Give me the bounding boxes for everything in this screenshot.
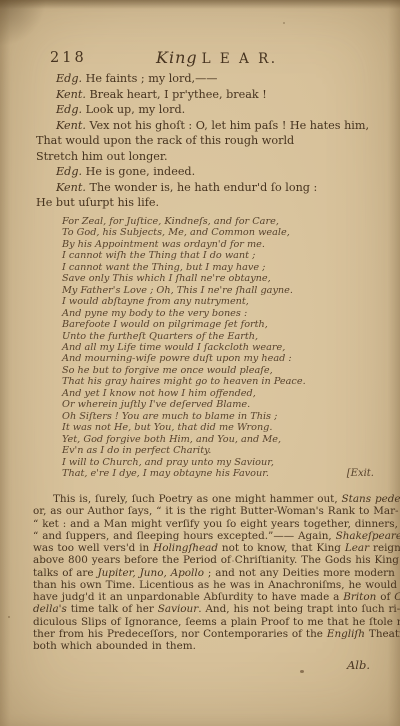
speaker-name: Kent. bbox=[56, 119, 86, 132]
speaker-name: Edg. bbox=[56, 103, 82, 116]
commentary-line: talks of are Jupiter, Juno, Apollo ; and… bbox=[33, 567, 375, 579]
dialogue-line: Kent. The wonder is, he hath endur'd ſo … bbox=[36, 180, 378, 196]
verse-quote-block: For Zeal, for Juſtice, Kindneſs, and for… bbox=[62, 216, 374, 479]
dialogue-line: Kent. Break heart, I pr'ythee, break ! bbox=[36, 87, 378, 103]
verse-line: Save only This which I ſhall ne're obtay… bbox=[62, 273, 374, 284]
commentary-line: have judg'd it an unpardonable Abſurdity… bbox=[33, 591, 375, 603]
italic-phrase: Stans pede in uno bbox=[342, 493, 400, 505]
italic-phrase: Jupiter, Juno, Apollo bbox=[97, 567, 204, 579]
paper-speck bbox=[232, 560, 234, 562]
italic-phrase: Briton bbox=[343, 591, 376, 603]
verse-line: And all my Life time would I ſackcloth w… bbox=[62, 342, 374, 353]
verse-line: My Father's Love ; Oh, This I ne're ſhal… bbox=[62, 285, 374, 296]
paper-speck bbox=[8, 616, 10, 618]
commentary-line: This is, ſurely, ſuch Poetry as one migh… bbox=[33, 493, 375, 505]
italic-phrase: Engliſh bbox=[327, 628, 365, 640]
stage-direction-exit: [Exit. bbox=[347, 468, 374, 479]
verse-line: I would abſtayne from any nutryment, bbox=[62, 296, 374, 307]
verse-line: Yet, God forgive both Him, and You, and … bbox=[62, 434, 374, 445]
dialogue-line: That would upon the rack of this rough w… bbox=[36, 133, 378, 149]
verse-line: Unto the furtheſt Quarters of the Earth, bbox=[62, 331, 374, 342]
verse-line: I cannot wiſh the Thing that I do want ; bbox=[62, 250, 374, 261]
verse-line: Barefoote I would on pilgrimage ſet fort… bbox=[62, 319, 374, 330]
verse-line: To God, his Subjects, Me, and Common wea… bbox=[62, 227, 374, 238]
speaker-name: Edg. bbox=[56, 72, 82, 85]
italic-phrase: della's bbox=[33, 603, 67, 615]
running-title-italic: King bbox=[156, 48, 198, 67]
speaker-name: Kent. bbox=[56, 181, 86, 194]
catchword: Alb. bbox=[347, 658, 370, 672]
page-number: 218 bbox=[50, 50, 87, 66]
verse-line: For Zeal, for Juſtice, Kindneſs, and for… bbox=[62, 216, 374, 227]
italic-phrase: Holingſhead bbox=[153, 542, 218, 554]
verse-line: It was not He, but You, that did me Wron… bbox=[62, 422, 374, 433]
verse-line: I cannot want the Thing, but I may have … bbox=[62, 262, 374, 273]
italic-phrase: Shakeſpeare bbox=[336, 530, 400, 542]
italic-phrase: Lear bbox=[345, 542, 369, 554]
verse-line: Oh Siſters ! You are much to blame in Th… bbox=[62, 411, 374, 422]
italic-phrase: Saviour bbox=[158, 603, 198, 615]
commentary-line: “ ket : and a Man might verſify you ſo e… bbox=[33, 518, 375, 530]
verse-line: And mourning-wiſe powre duſt upon my hea… bbox=[62, 353, 374, 364]
dialogue-line: He but uſurpt his life. bbox=[36, 195, 378, 211]
speaker-name: Kent. bbox=[56, 88, 86, 101]
verse-line: Or wherein juſtly I've deſerved Blame. bbox=[62, 399, 374, 410]
commentary-line: or, as our Author ſays, “ it is the righ… bbox=[33, 505, 375, 517]
commentary-line: above 800 years before the Period of Chr… bbox=[33, 554, 375, 566]
dialogue-block: Edg. He faints ; my lord,——Kent. Break h… bbox=[36, 71, 378, 211]
verse-line: So he but to forgive me once would pleaſ… bbox=[62, 365, 374, 376]
verse-line: I will to Church, and pray unto my Savio… bbox=[62, 457, 374, 468]
verse-line: That, e're I dye, I may obtayne his Favo… bbox=[62, 468, 374, 479]
commentary-line: both which abounded in them. bbox=[33, 640, 375, 652]
commentary-line: della's time talk of her Saviour. And, h… bbox=[33, 603, 375, 615]
dialogue-line: Edg. He faints ; my lord,—— bbox=[36, 71, 378, 87]
dialogue-line: Edg. Look up, my lord. bbox=[36, 102, 378, 118]
paper-speck bbox=[283, 22, 285, 24]
dialogue-line: Stretch him out longer. bbox=[36, 149, 378, 165]
italic-phrase: Cor- bbox=[394, 591, 400, 603]
commentary-line: was too well vers'd in Holingſhead not t… bbox=[33, 542, 375, 554]
verse-line: Ev'n as I do in perfect Charity. bbox=[62, 445, 374, 456]
commentary-line: “ and ſuppers, and ſleeping hours except… bbox=[33, 530, 375, 542]
running-title: KingL E A R. bbox=[156, 48, 278, 67]
dialogue-line: Kent. Vex not his ghoſt : O, let him paſ… bbox=[36, 118, 378, 134]
page-header: 218 KingL E A R. bbox=[36, 48, 374, 68]
verse-line: And yet I know not how I him offended, bbox=[62, 388, 374, 399]
commentary-line: diculous Slips of Ignorance, ſeems a pla… bbox=[33, 616, 375, 628]
verse-line: And pyne my body to the very bones : bbox=[62, 308, 374, 319]
running-title-caps: L E A R. bbox=[202, 51, 278, 67]
verse-line: By his Appointment was ordayn'd for me. bbox=[62, 239, 374, 250]
commentary-line: than his own Time. Licentious as he was … bbox=[33, 579, 375, 591]
speaker-name: Edg. bbox=[56, 165, 82, 178]
paper-speck bbox=[300, 670, 304, 673]
commentary-line: ther from his Predeceſſors, nor Contempo… bbox=[33, 628, 375, 640]
book-page: 218 KingL E A R. Edg. He faints ; my lor… bbox=[0, 0, 400, 726]
verse-line: That his gray haires might go to heaven … bbox=[62, 376, 374, 387]
dialogue-line: Edg. He is gone, indeed. bbox=[36, 164, 378, 180]
commentary-paragraph: This is, ſurely, ſuch Poetry as one migh… bbox=[33, 493, 375, 652]
